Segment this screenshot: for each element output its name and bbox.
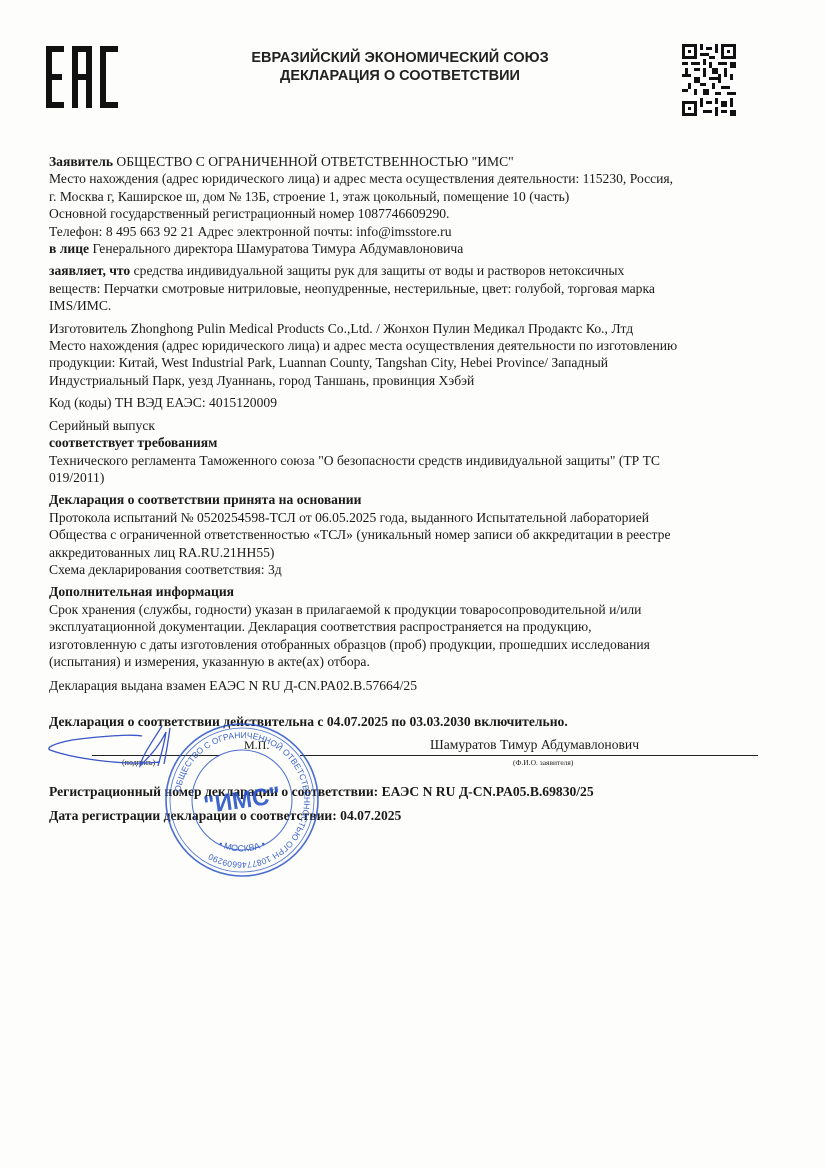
company-stamp-icon: ОБЩЕСТВО С ОГРАНИЧЕННОЙ ОТВЕТСТВЕННОСТЬЮ… [162,720,322,880]
name-caption: (Ф.И.О. заявителя) [513,758,573,767]
additional-line4: (испытания) и измерения, указанную в акт… [49,653,784,670]
additional-line2: эксплуатационной документации. Деклараци… [49,618,784,635]
issued-instead: Декларация выдана взамен ЕАЭС N RU Д-CN.… [49,678,417,694]
tn-ved-code: Код (коды) ТН ВЭД ЕАЭС: 4015120009 [49,394,784,411]
basis-label: Декларация о соответствии принята на осн… [49,491,784,508]
additional-line3: изготовленную с даты изготовления отобра… [49,636,784,653]
compliance-line2: 019/2011) [49,469,784,486]
additional-info-section: Дополнительная информация Срок хранения … [49,583,784,670]
union-title: ЕВРАЗИЙСКИЙ ЭКОНОМИЧЕСКИЙ СОЮЗ [200,49,600,67]
applicant-label: Заявитель [49,154,113,169]
qr-code-icon [682,44,736,116]
registration-number: Регистрационный номер декларации о соотв… [49,784,594,800]
applicant-signatory-name: Шамуратов Тимур Абдумавлонович [430,737,639,753]
manufacturer-line4: Индустриальный Парк, уезд Луаннань, горо… [49,372,784,389]
additional-label: Дополнительная информация [49,583,784,600]
document-title: ДЕКЛАРАЦИЯ О СООТВЕТСТВИИ [200,67,600,85]
validity-period: Декларация о соответствии действительна … [49,714,568,730]
applicant-ogrn: Основной государственный регистрационный… [49,205,784,222]
basis-line1: Протокола испытаний № 0520254598-ТСЛ от … [49,509,784,526]
basis-line2: Общества с ограниченной ответственностью… [49,526,784,543]
compliance-label: соответствует требованиям [49,434,784,451]
signature-line [92,755,220,756]
represented-label: в лице [49,241,89,256]
declares-line3: IMS/ИМС. [49,297,784,314]
manufacturer-line2: Место нахождения (адрес юридического лиц… [49,337,784,354]
declares-line2: веществ: Перчатки смотровые нитриловые, … [49,280,784,297]
applicant-name: ОБЩЕСТВО С ОГРАНИЧЕННОЙ ОТВЕТСТВЕННОСТЬЮ… [113,154,514,169]
applicant-contacts: Телефон: 8 495 663 92 21 Адрес электронн… [49,223,784,240]
declaration-body: Заявитель ОБЩЕСТВО С ОГРАНИЧЕННОЙ ОТВЕТС… [49,153,784,670]
seal-mark: М.П. [244,738,269,753]
registration-date: Дата регистрации декларации о соответств… [49,808,401,824]
document-header: ЕВРАЗИЙСКИЙ ЭКОНОМИЧЕСКИЙ СОЮЗ ДЕКЛАРАЦИ… [200,49,600,85]
release-type: Серийный выпуск [49,417,784,434]
declares-label: заявляет, что [49,263,130,278]
svg-text:• МОСКВА •: • МОСКВА • [217,839,266,854]
eac-logo-icon [46,46,122,108]
additional-line1: Срок хранения (службы, годности) указан … [49,601,784,618]
compliance-line1: Технического регламента Таможенного союз… [49,452,784,469]
manufacturer-section: Изготовитель Zhonghong Pulin Medical Pro… [49,320,784,390]
declaration-scheme: Схема декларирования соответствия: 3д [49,561,784,578]
signature-caption: (подпись) [122,758,155,767]
applicant-section: Заявитель ОБЩЕСТВО С ОГРАНИЧЕННОЙ ОТВЕТС… [49,153,784,257]
compliance-section: соответствует требованиям Технического р… [49,434,784,486]
declares-section: заявляет, что средства индивидуальной за… [49,262,784,314]
declares-line1: средства индивидуальной защиты рук для з… [130,263,624,278]
applicant-address-line2: г. Москва г, Каширское ш, дом № 13Б, стр… [49,188,784,205]
declaration-document: ЕВРАЗИЙСКИЙ ЭКОНОМИЧЕСКИЙ СОЮЗ ДЕКЛАРАЦИ… [0,0,826,1168]
name-line [300,755,758,756]
represented-by: Генерального директора Шамуратова Тимура… [89,241,463,256]
codes-section: Код (коды) ТН ВЭД ЕАЭС: 4015120009 Серий… [49,394,784,434]
manufacturer-line3: продукции: Китай, West Industrial Park, … [49,354,784,371]
basis-section: Декларация о соответствии принята на осн… [49,491,784,578]
basis-line3: аккредитованных лиц RA.RU.21НН55) [49,544,784,561]
applicant-address-line1: Место нахождения (адрес юридического лиц… [49,170,784,187]
manufacturer-line1: Изготовитель Zhonghong Pulin Medical Pro… [49,320,784,337]
